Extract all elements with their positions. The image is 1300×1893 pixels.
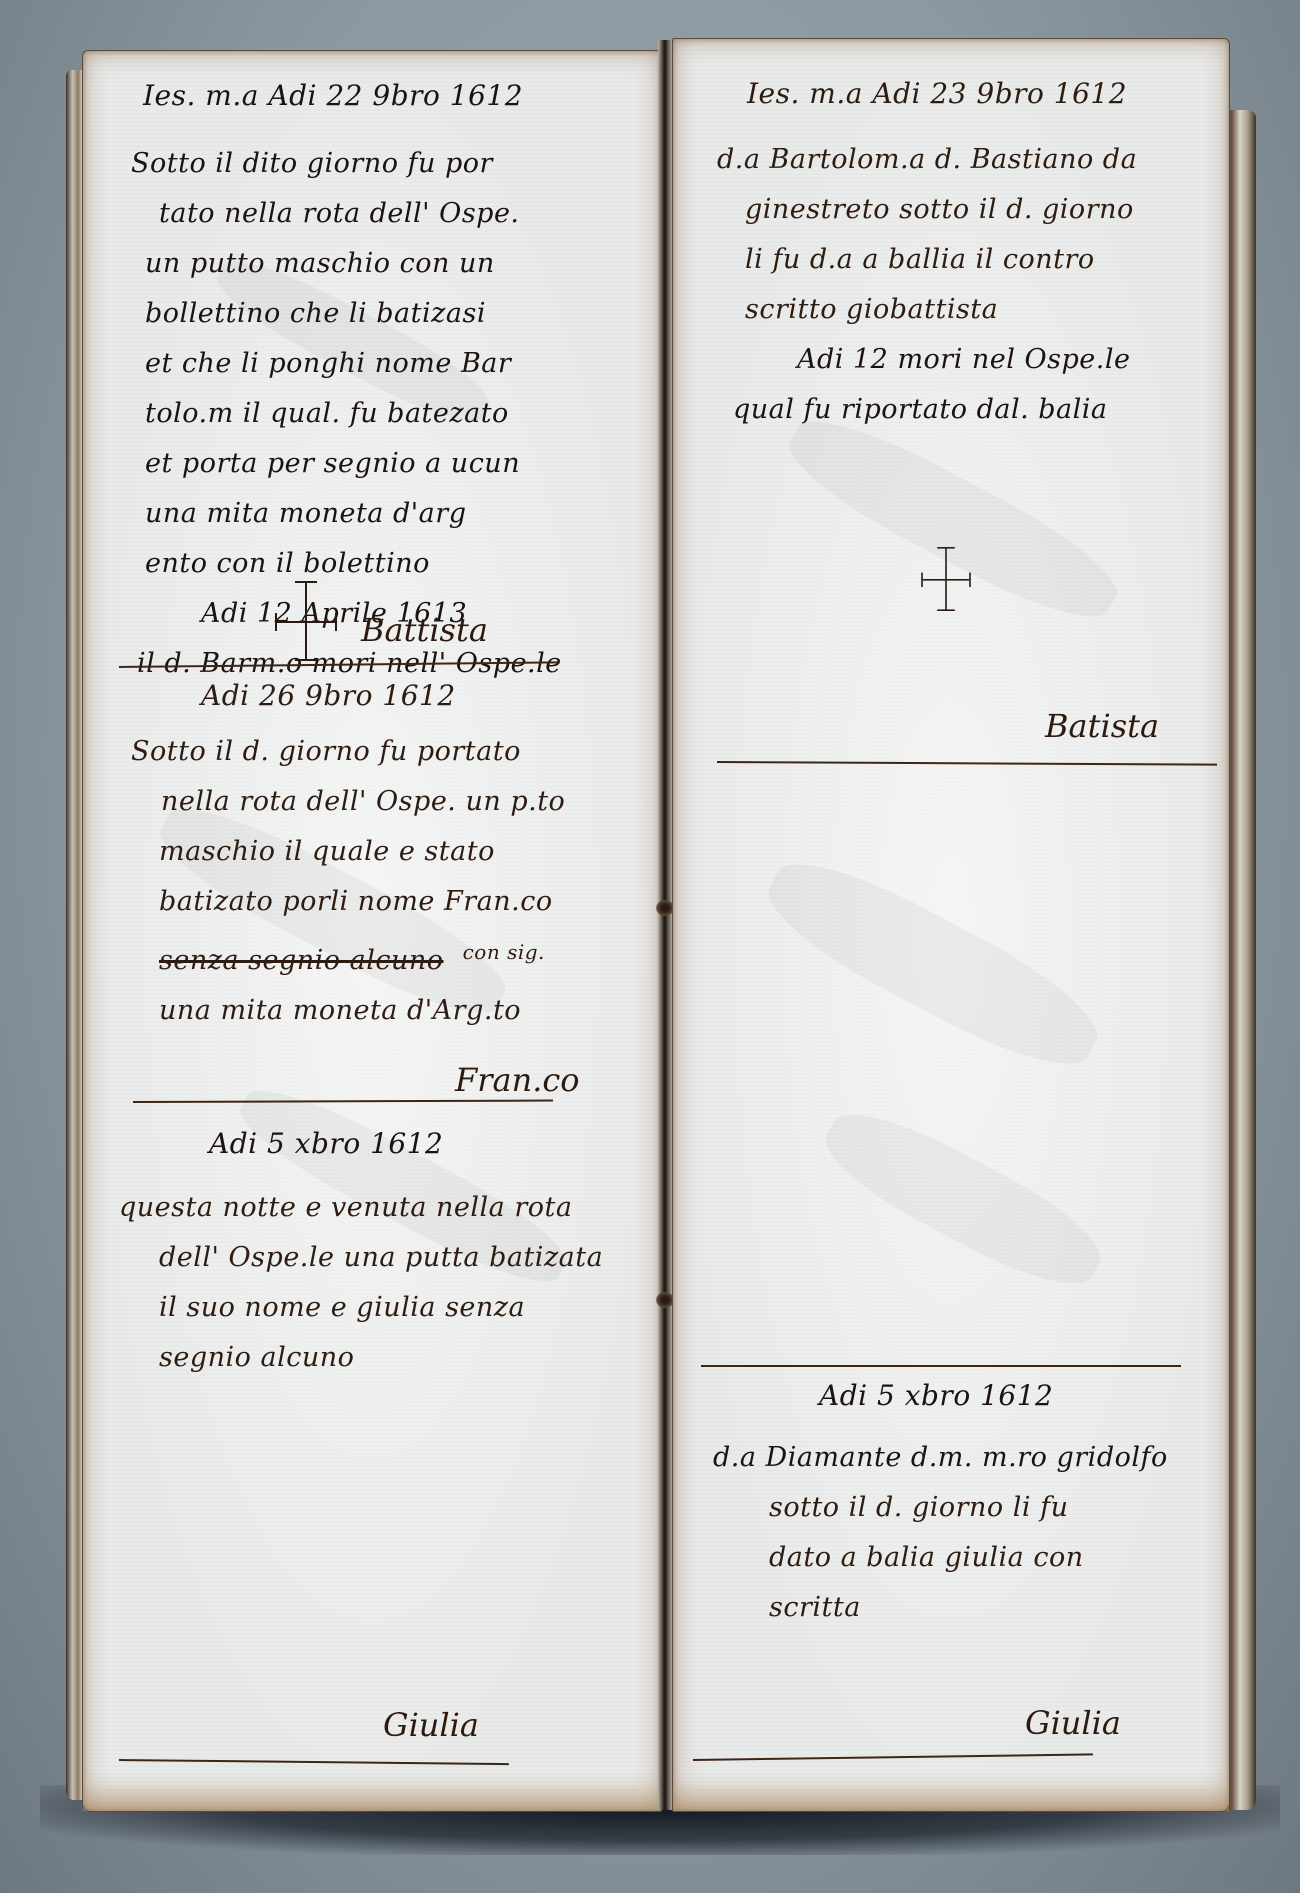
entry-line: un putto maschio con un — [131, 239, 562, 289]
entry-line: maschio il quale e stato — [131, 827, 565, 877]
entry-heading: Ies. m.a Adi 22 9bro 1612 — [131, 71, 562, 121]
cross-mark-icon — [918, 547, 974, 611]
death-note-heading: Adi 12 mori nel Ospe.le — [717, 335, 1137, 385]
entry-line: et porta per segnio a ucun — [131, 439, 562, 489]
entry-line: il suo nome e giulia senza — [119, 1283, 603, 1333]
book-gutter — [658, 40, 672, 1810]
signature: Giulia — [1025, 1704, 1121, 1742]
inserted-text: con sig. — [463, 940, 545, 964]
entry-right-1: Ies. m.a Adi 23 9bro 1612 d.a Bartolom.a… — [717, 69, 1137, 435]
entry-divider — [701, 1365, 1181, 1367]
death-note-line: qual fu riportato dal. balia — [717, 385, 1137, 435]
entry-line: Sotto il d. giorno fu portato — [131, 727, 565, 777]
entry-line: scritta — [713, 1583, 1168, 1633]
entry-heading: Adi 5 xbro 1612 — [119, 1119, 603, 1169]
entry-divider — [119, 1759, 509, 1765]
entry-left-3: Adi 5 xbro 1612 questa notte e venuta ne… — [119, 1119, 603, 1383]
entry-line: batizato porli nome Fran.co — [131, 877, 565, 927]
entry-line: ginestreto sotto il d. giorno — [717, 185, 1137, 235]
entry-divider — [717, 761, 1217, 766]
entry-line: sotto il d. giorno li fu — [713, 1483, 1168, 1533]
entry-line: tato nella rota dell' Ospe. — [131, 189, 562, 239]
entry-heading: Adi 5 xbro 1612 — [713, 1371, 1168, 1421]
signature: Battista — [361, 611, 488, 649]
entry-line: nella rota dell' Ospe. un p.to — [131, 777, 565, 827]
signature: Batista — [1045, 707, 1159, 745]
entry-line: li fu d.a a ballia il contro — [717, 235, 1137, 285]
entry-line: tolo.m il qual. fu batezato — [131, 389, 562, 439]
entry-heading: Ies. m.a Adi 23 9bro 1612 — [717, 69, 1137, 119]
entry-line: ento con il bolettino — [131, 539, 562, 589]
entry-divider — [693, 1753, 1093, 1761]
left-page: Ies. m.a Adi 22 9bro 1612 Sotto il dito … — [82, 50, 662, 1812]
entry-right-3: Adi 5 xbro 1612 d.a Diamante d.m. m.ro g… — [713, 1371, 1168, 1633]
water-stain — [83, 1771, 661, 1811]
struck-text: senza segnio alcuno — [159, 945, 444, 976]
cross-mark-icon — [271, 581, 341, 661]
entry-divider — [133, 1100, 553, 1103]
entry-line: segnio alcuno — [119, 1333, 603, 1383]
ink-bleed — [753, 840, 1113, 1088]
entry-left-1: Ies. m.a Adi 22 9bro 1612 Sotto il dito … — [131, 71, 562, 689]
entry-line: scritto giobattista — [717, 285, 1137, 335]
entry-line: questa notte e venuta nella rota — [119, 1183, 603, 1233]
entry-line: d.a Bartolom.a d. Bastiano da — [717, 135, 1137, 185]
signature: Giulia — [383, 1706, 479, 1744]
death-note-heading: Adi 12 Aprile 1613 — [131, 589, 562, 639]
entry-line: d.a Diamante d.m. m.ro gridolfo — [713, 1433, 1168, 1483]
entry-heading: Adi 26 9bro 1612 — [131, 671, 565, 721]
entry-line: dell' Ospe.le una putta batizata — [119, 1233, 603, 1283]
entry-line: una mita moneta d'arg — [131, 489, 562, 539]
right-page: Ies. m.a Adi 23 9bro 1612 d.a Bartolom.a… — [672, 38, 1230, 1812]
entry-line: dato a balia giulia con — [713, 1533, 1168, 1583]
ink-bleed — [812, 1093, 1114, 1304]
entry-line: et che li ponghi nome Bar — [131, 339, 562, 389]
entry-left-2: Adi 26 9bro 1612 Sotto il d. giorno fu p… — [131, 671, 565, 1036]
entry-line: una mita moneta d'Arg.to — [131, 986, 565, 1036]
water-stain — [673, 1771, 1229, 1811]
entry-line: bollettino che li batizasi — [131, 289, 562, 339]
signature: Fran.co — [455, 1061, 580, 1099]
entry-line: Sotto il dito giorno fu por — [131, 139, 562, 189]
